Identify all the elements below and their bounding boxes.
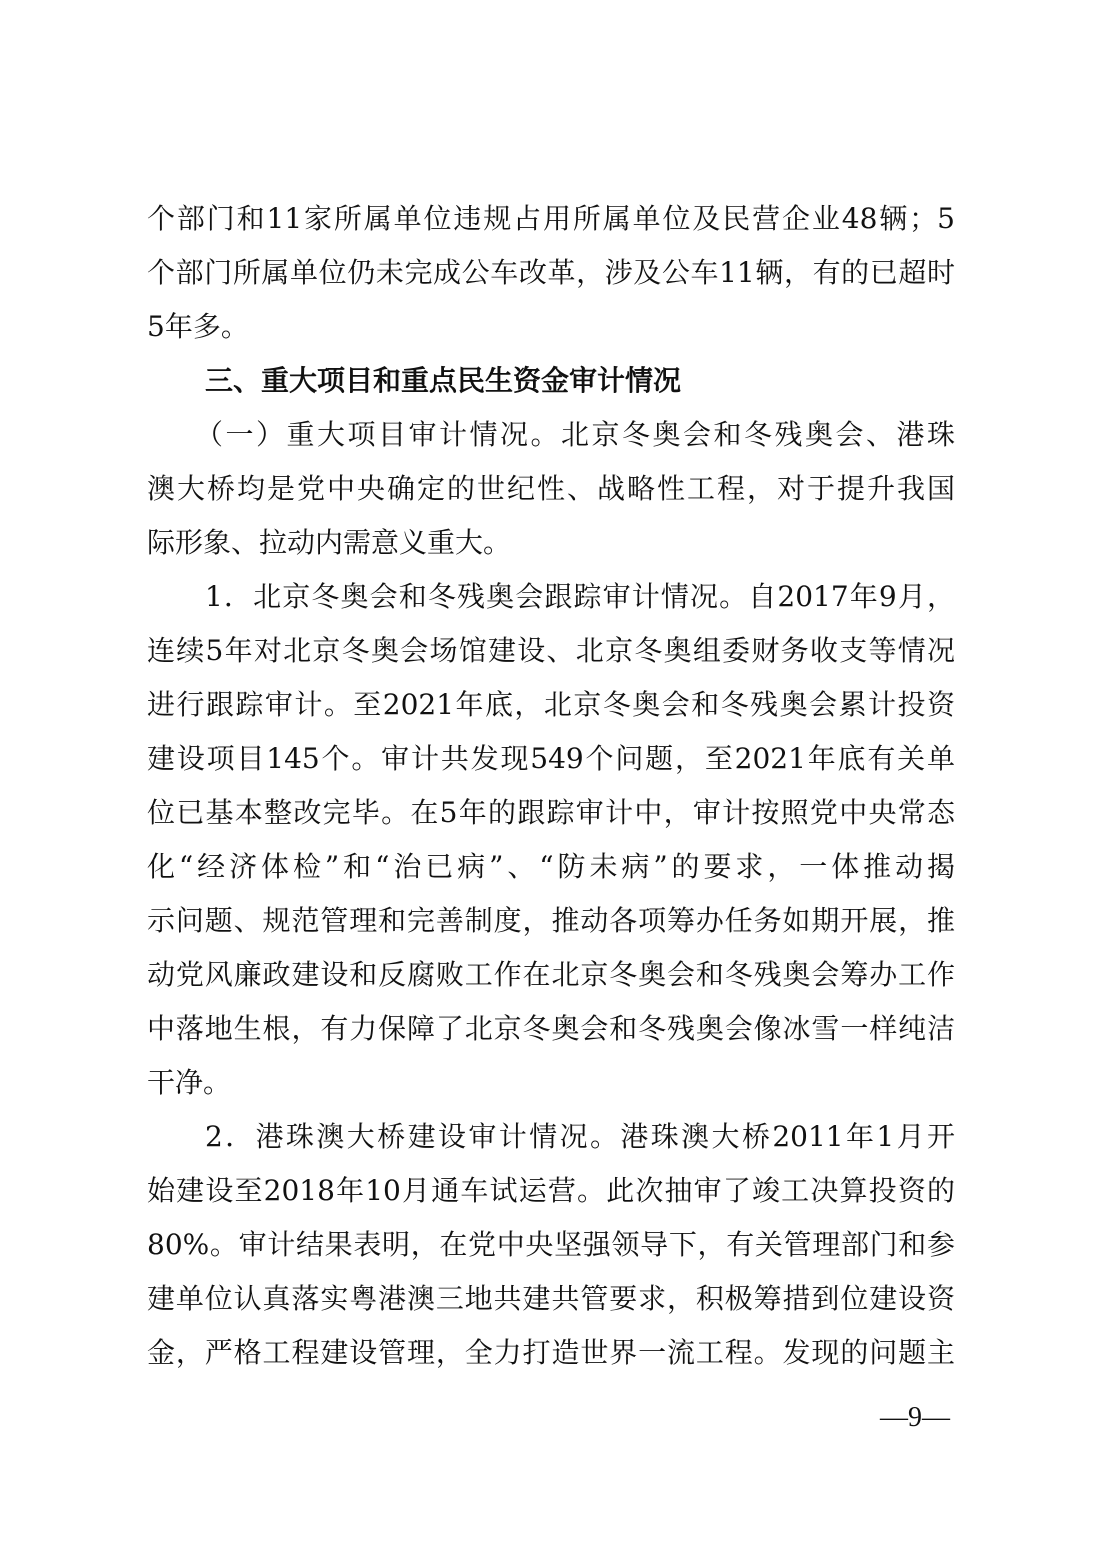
body-text-line: 际形象、拉动内需意义重大。	[147, 523, 955, 563]
subsection-heading-line: （一）重大项目审计情况。北京冬奥会和冬残奥会、港珠	[195, 415, 955, 455]
body-text-line: 金，严格工程建设管理，全力打造世界一流工程。发现的问题主	[147, 1333, 955, 1373]
body-text-line: 化“经济体检”和“治已病”、“防未病”的要求，一体推动揭	[147, 847, 955, 887]
page-number: —9—	[860, 1398, 970, 1438]
body-text-line: 中落地生根，有力保障了北京冬奥会和冬残奥会像冰雪一样纯洁	[147, 1009, 955, 1049]
body-text-line: 建设项目145个。审计共发现549个问题，至2021年底有关单	[147, 739, 955, 779]
body-text-line: 进行跟踪审计。至2021年底，北京冬奥会和冬残奥会累计投资	[147, 685, 955, 725]
body-text-line: 个部门所属单位仍未完成公车改革，涉及公车11辆，有的已超时	[147, 253, 955, 293]
item-heading-line: 2．港珠澳大桥建设审计情况。港珠澳大桥2011年1月开	[205, 1117, 955, 1157]
body-text-line: 个部门和11家所属单位违规占用所属单位及民营企业48辆；5	[147, 199, 955, 239]
body-text-line: 澳大桥均是党中央确定的世纪性、战略性工程，对于提升我国	[147, 469, 955, 509]
body-text-line: 建单位认真落实粤港澳三地共建共管要求，积极筹措到位建设资	[147, 1279, 955, 1319]
body-text-line: 示问题、规范管理和完善制度，推动各项筹办任务如期开展，推	[147, 901, 955, 941]
body-text-line: 始建设至2018年10月通车试运营。此次抽审了竣工决算投资的	[147, 1171, 955, 1211]
body-text-line: 动党风廉政建设和反腐败工作在北京冬奥会和冬残奥会筹办工作	[147, 955, 955, 995]
item-heading-line: 1．北京冬奥会和冬残奥会跟踪审计情况。自2017年9月，	[205, 577, 955, 617]
document-page: 个部门和11家所属单位违规占用所属单位及民营企业48辆；5 个部门所属单位仍未完…	[0, 0, 1102, 1559]
body-text-line: 连续5年对北京冬奥会场馆建设、北京冬奥组委财务收支等情况	[147, 631, 955, 671]
section-heading: 三、重大项目和重点民生资金审计情况	[205, 361, 725, 401]
body-text-line: 干净。	[147, 1063, 955, 1103]
body-text-line: 5年多。	[147, 307, 955, 347]
body-text-line: 位已基本整改完毕。在5年的跟踪审计中，审计按照党中央常态	[147, 793, 955, 833]
body-text-line: 80%。审计结果表明，在党中央坚强领导下，有关管理部门和参	[147, 1225, 955, 1265]
